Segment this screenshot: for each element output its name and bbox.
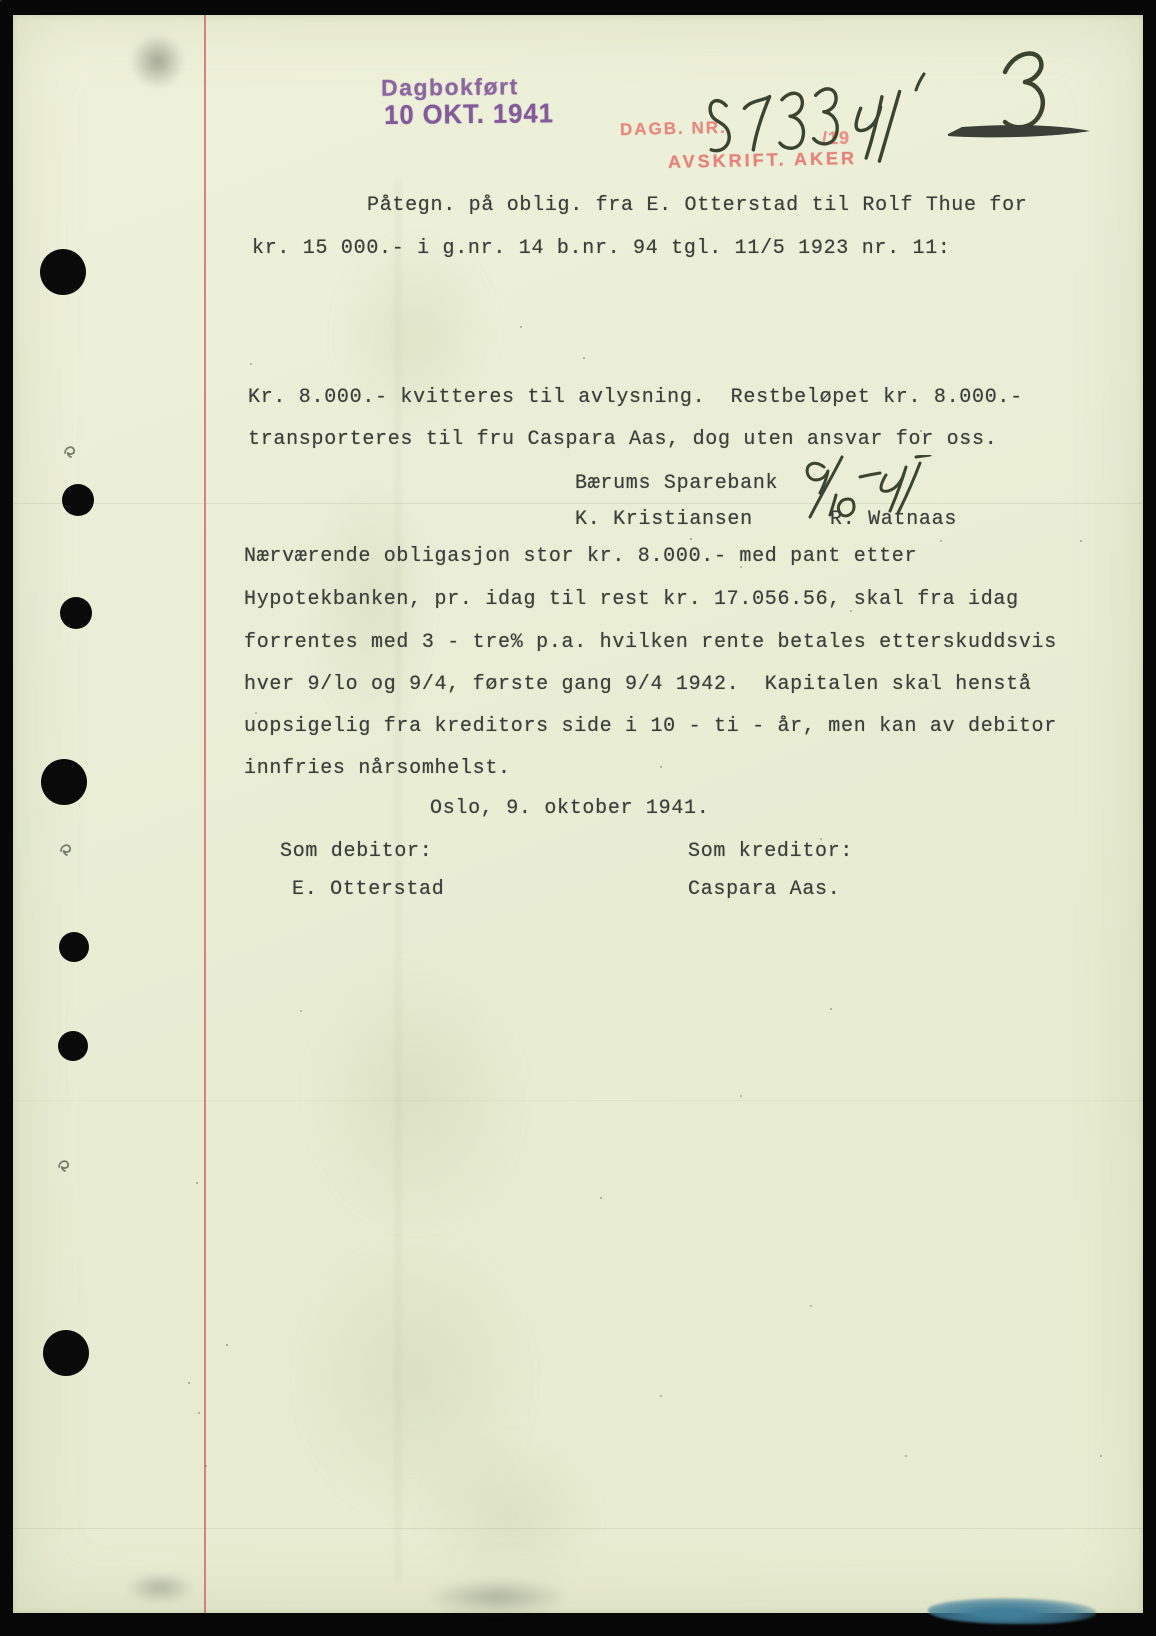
punch-hole bbox=[58, 1031, 88, 1061]
blue-ink-smudge bbox=[928, 1598, 1096, 1624]
pencil-squiggle bbox=[58, 842, 76, 860]
journal-stamp-text: Dagbokført bbox=[381, 73, 519, 101]
punch-hole bbox=[43, 1330, 89, 1376]
typed-bank-name: Bærums Sparebank bbox=[575, 472, 778, 495]
page-number-underline bbox=[944, 120, 1094, 144]
bleed-through-ghost bbox=[300, 950, 530, 1240]
journal-stamp-date: 10 OKT. 1941 bbox=[384, 98, 554, 131]
typed-line-obligation-5: uopsigelig fra kreditors side i 10 - ti … bbox=[244, 715, 1057, 738]
pen-tick bbox=[910, 70, 930, 96]
paper-speckles bbox=[0, 0, 2, 2]
horizontal-crease bbox=[13, 503, 1143, 504]
horizontal-crease bbox=[13, 1100, 1143, 1101]
typed-line-header-2: kr. 15 000.- i g.nr. 14 b.nr. 94 tgl. 11… bbox=[252, 237, 951, 260]
typed-dateline: Oslo, 9. oktober 1941. bbox=[430, 797, 709, 820]
red-margin-line bbox=[204, 15, 206, 1613]
punch-hole bbox=[59, 932, 89, 962]
punch-hole bbox=[60, 597, 92, 629]
typed-line-obligation-2: Hypotekbanken, pr. idag til rest kr. 17.… bbox=[244, 588, 1019, 611]
typed-line-receipt-1: Kr. 8.000.- kvitteres til avlysning. Res… bbox=[248, 386, 1023, 409]
punch-hole bbox=[40, 249, 86, 295]
typed-debtor-label: Som debitor: bbox=[280, 840, 432, 863]
pencil-squiggle bbox=[62, 444, 80, 462]
pencil-squiggle bbox=[56, 1158, 74, 1176]
typed-line-obligation-4: hver 9/lo og 9/4, første gang 9/4 1942. … bbox=[244, 673, 1032, 696]
typed-line-header-1: Påtegn. på oblig. fra E. Otterstad til R… bbox=[367, 194, 1028, 217]
punch-hole bbox=[62, 484, 94, 516]
typed-line-obligation-1: Nærværende obligasjon stor kr. 8.000.- m… bbox=[244, 545, 917, 568]
bleed-through-ghost bbox=[415, 1430, 605, 1600]
typed-signer-left: K. Kristiansen bbox=[575, 508, 753, 531]
typed-debtor-name: E. Otterstad bbox=[292, 878, 444, 901]
scanned-register-page: { "document": { "page_number": "3", "sta… bbox=[0, 0, 1156, 1636]
ink-smudge bbox=[125, 1572, 195, 1604]
ink-smudge bbox=[425, 1578, 570, 1616]
typed-line-obligation-6: innfries nårsomhelst. bbox=[244, 757, 511, 780]
typed-line-receipt-2: transporteres til fru Caspara Aas, dog u… bbox=[248, 428, 997, 451]
typed-line-obligation-3: forrentes med 3 - tre% p.a. hvilken rent… bbox=[244, 631, 1057, 654]
handwritten-journal-number bbox=[698, 82, 918, 177]
typed-creditor-label: Som kreditor: bbox=[688, 840, 853, 863]
ink-smudge bbox=[130, 34, 185, 89]
typed-creditor-name: Caspara Aas. bbox=[688, 878, 840, 901]
punch-hole bbox=[41, 759, 87, 805]
handwritten-bank-date bbox=[798, 455, 938, 523]
